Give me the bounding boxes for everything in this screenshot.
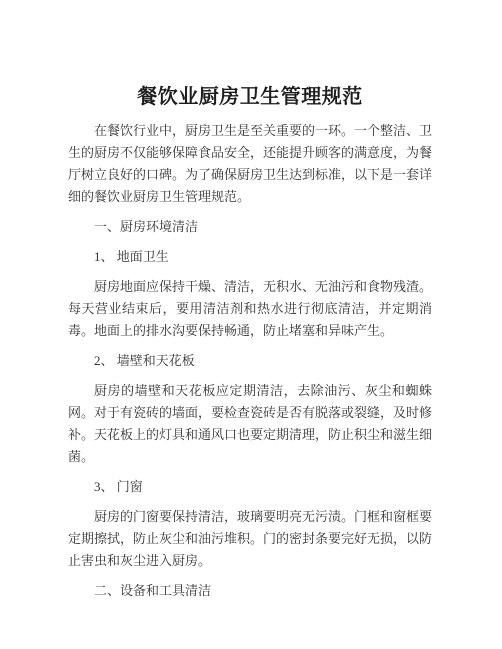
body-paragraph: 厨房的门窗要保持清洁，玻璃要明亮无污渍。门框和窗框要定期擦拭，防止灰尘和油污堆积… [68, 506, 432, 572]
section-heading: 2、 墙壁和天花板 [68, 350, 432, 372]
section-heading: 1、 地面卫生 [68, 246, 432, 268]
document-body: 在餐饮行业中，厨房卫生是至关重要的一环。一个整洁、卫生的厨房不仅能够保障食品安全… [68, 120, 432, 602]
section-heading: 3、 门窗 [68, 476, 432, 498]
document-title: 餐饮业厨房卫生管理规范 [68, 84, 432, 110]
section-heading: 一、厨房环境清洁 [68, 216, 432, 238]
document-page: 餐饮业厨房卫生管理规范 在餐饮行业中，厨房卫生是至关重要的一环。一个整洁、卫生的… [0, 0, 502, 649]
body-paragraph: 厨房的墙壁和天花板应定期清洁，去除油污、灰尘和蜘蛛网。对于有瓷砖的墙面，要检查瓷… [68, 380, 432, 468]
section-heading: 二、设备和工具清洁 [68, 580, 432, 602]
body-paragraph: 在餐饮行业中，厨房卫生是至关重要的一环。一个整洁、卫生的厨房不仅能够保障食品安全… [68, 120, 432, 208]
body-paragraph: 厨房地面应保持干燥、清洁，无积水、无油污和食物残渣。每天营业结束后，要用清洁剂和… [68, 276, 432, 342]
